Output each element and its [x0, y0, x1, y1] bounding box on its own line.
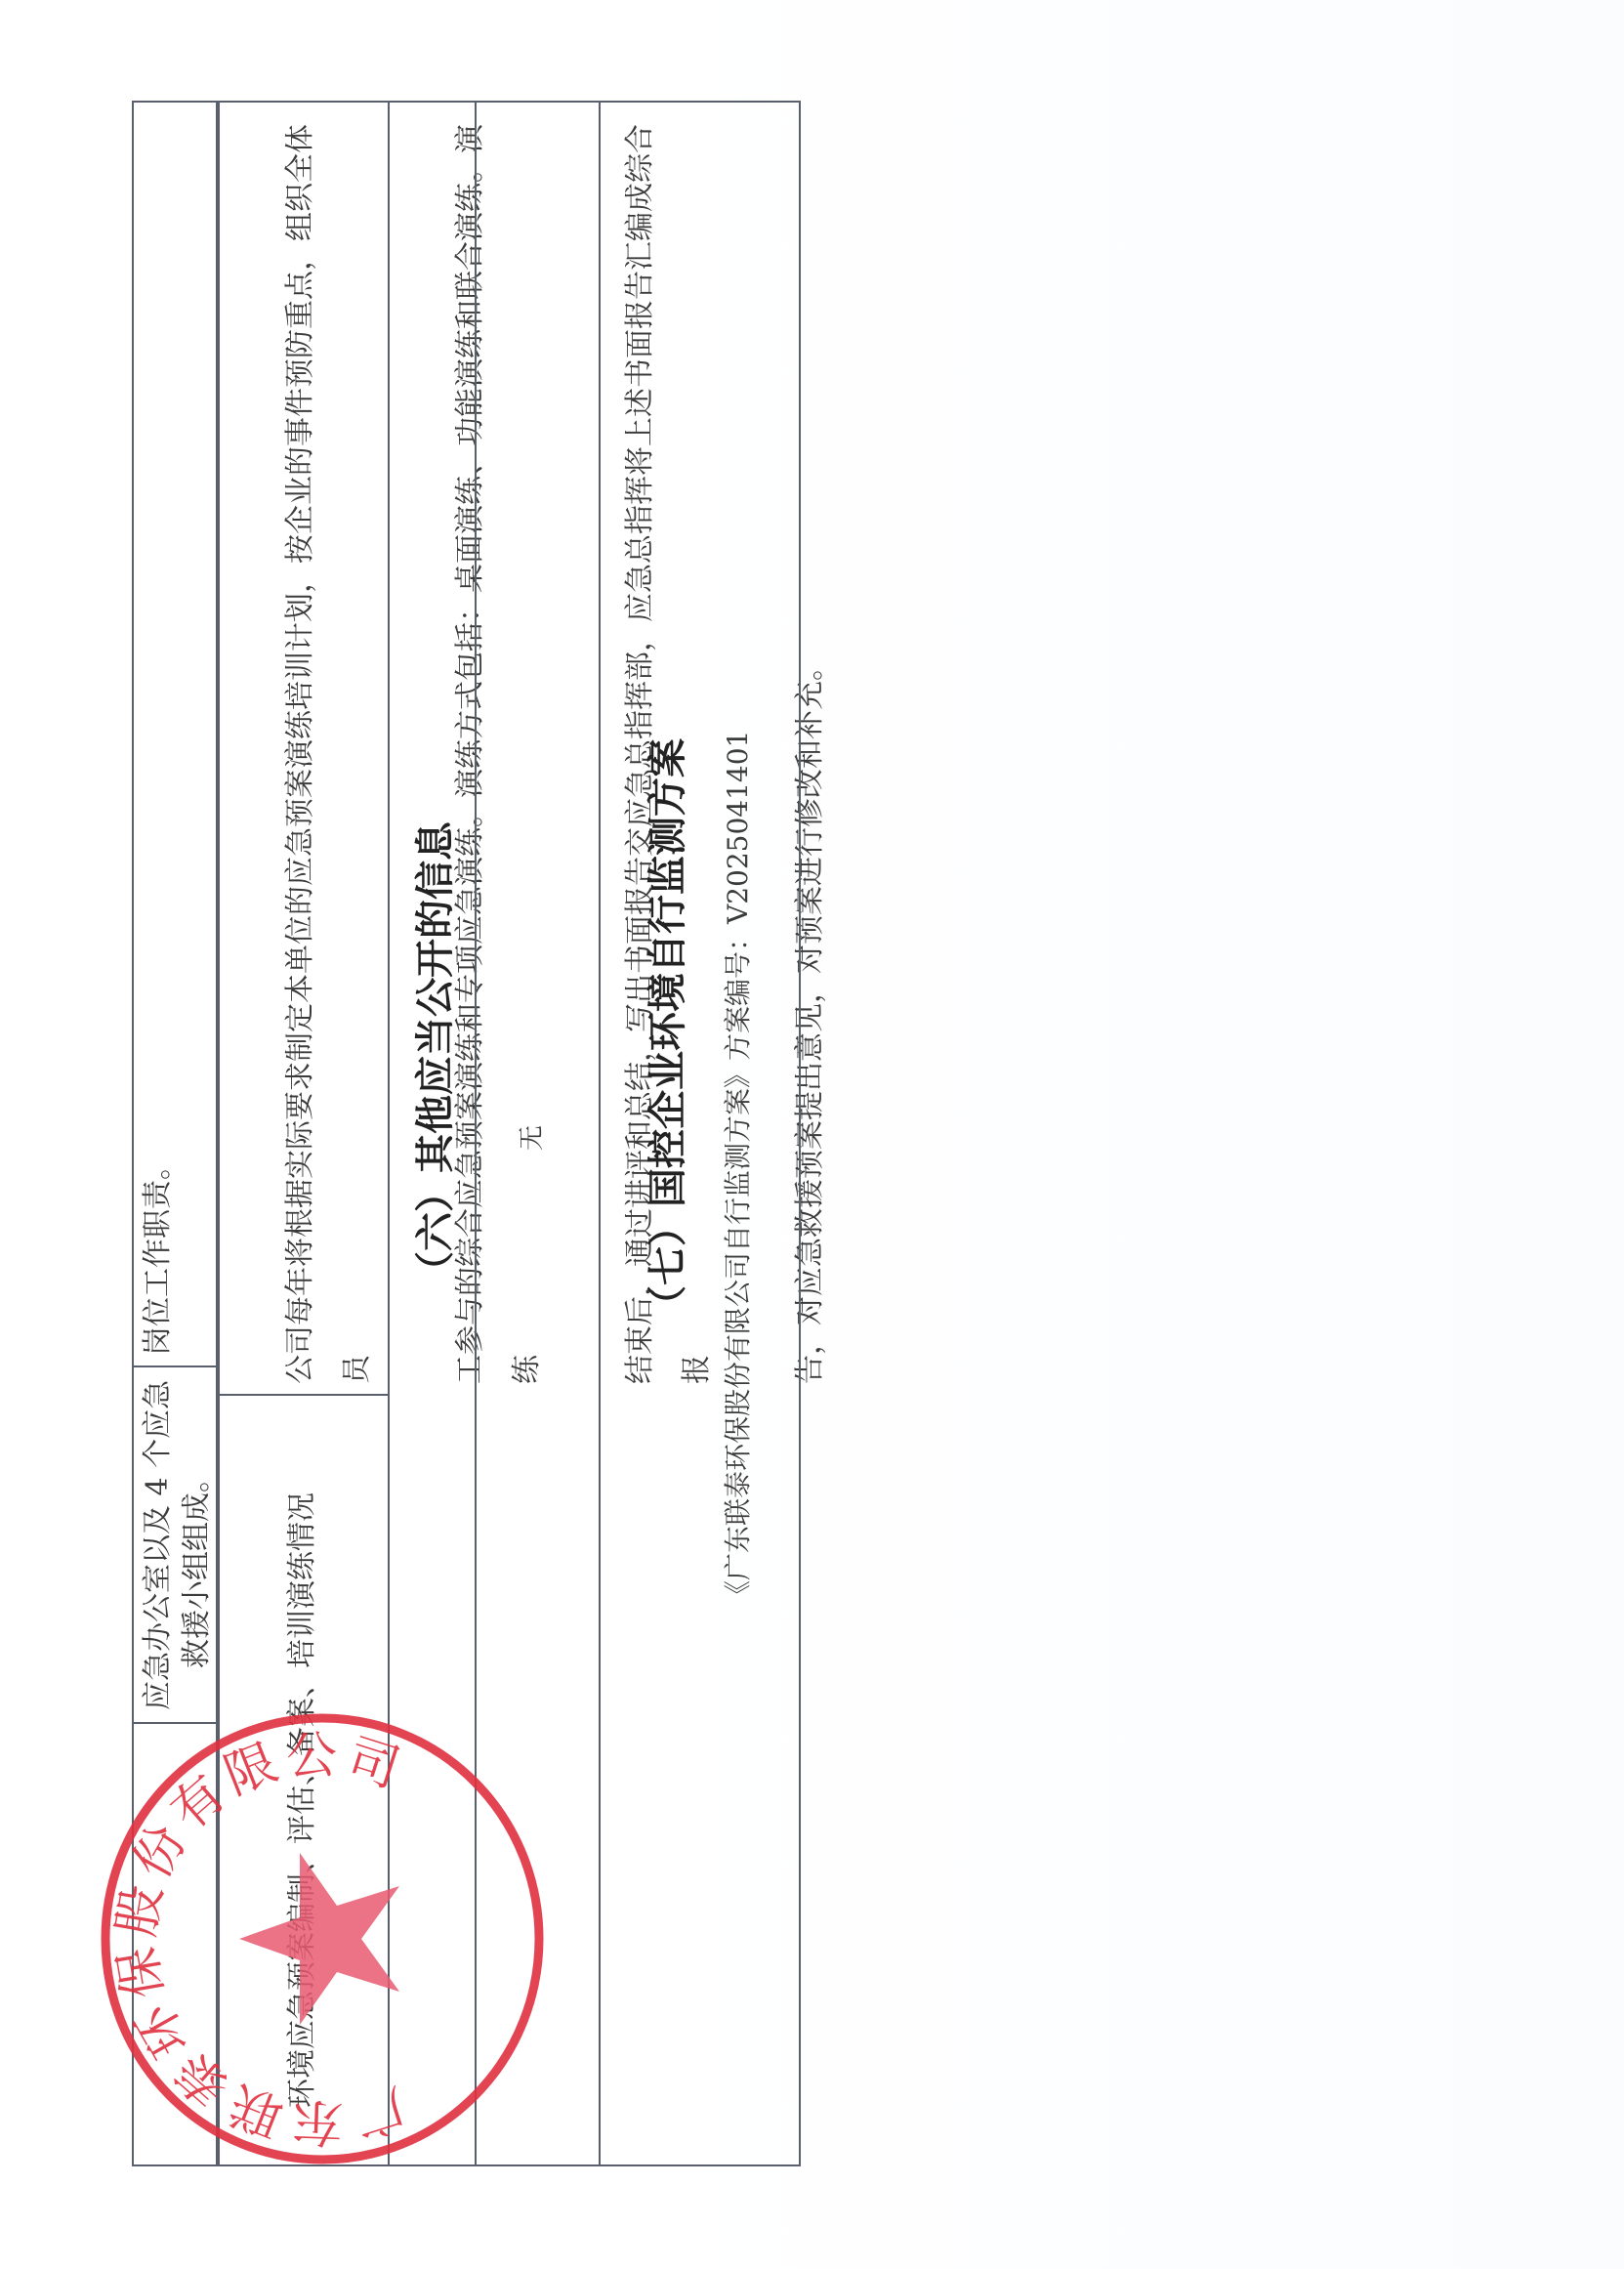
company-seal-stamp: 广东联泰环保股份有限公司 [93, 1704, 552, 2173]
section-six-content: 无 [518, 1125, 547, 1151]
star-icon [239, 1853, 399, 2025]
section-seven-heading: （七）国控企业环境自行监测方案 [640, 738, 696, 1324]
drill-paragraph-line: 公司每年将根据实际要求制定本单位的应急预案演练培训计划，按企业的事件预防重点，组… [272, 103, 386, 1384]
table-cell-org: 应急办公室以及 4 个应急 救援小组组成。 [132, 1366, 220, 1724]
table-cell-drill-paragraph: 公司每年将根据实际要求制定本单位的应急预案演练培训计划，按企业的事件预防重点，组… [216, 101, 390, 1396]
rotated-document-page: 应急办公室以及 4 个应急 救援小组组成。 岗位工作职责。 环境应急预案编制、评… [0, 0, 1624, 2269]
section-six-heading: （六）其他应当公开的信息 [407, 821, 464, 1290]
duty-text: 岗位工作职责。 [130, 1151, 187, 1356]
section-seven-row: （七）国控企业环境自行监测方案 《广东联泰环保股份有限公司自行监测方案》方案编号… [599, 101, 801, 2166]
section-seven-content: 《广东联泰环保股份有限公司自行监测方案》方案编号：V2025041401 [710, 731, 767, 1608]
table-cell-duty: 岗位工作职责。 [132, 101, 220, 1367]
